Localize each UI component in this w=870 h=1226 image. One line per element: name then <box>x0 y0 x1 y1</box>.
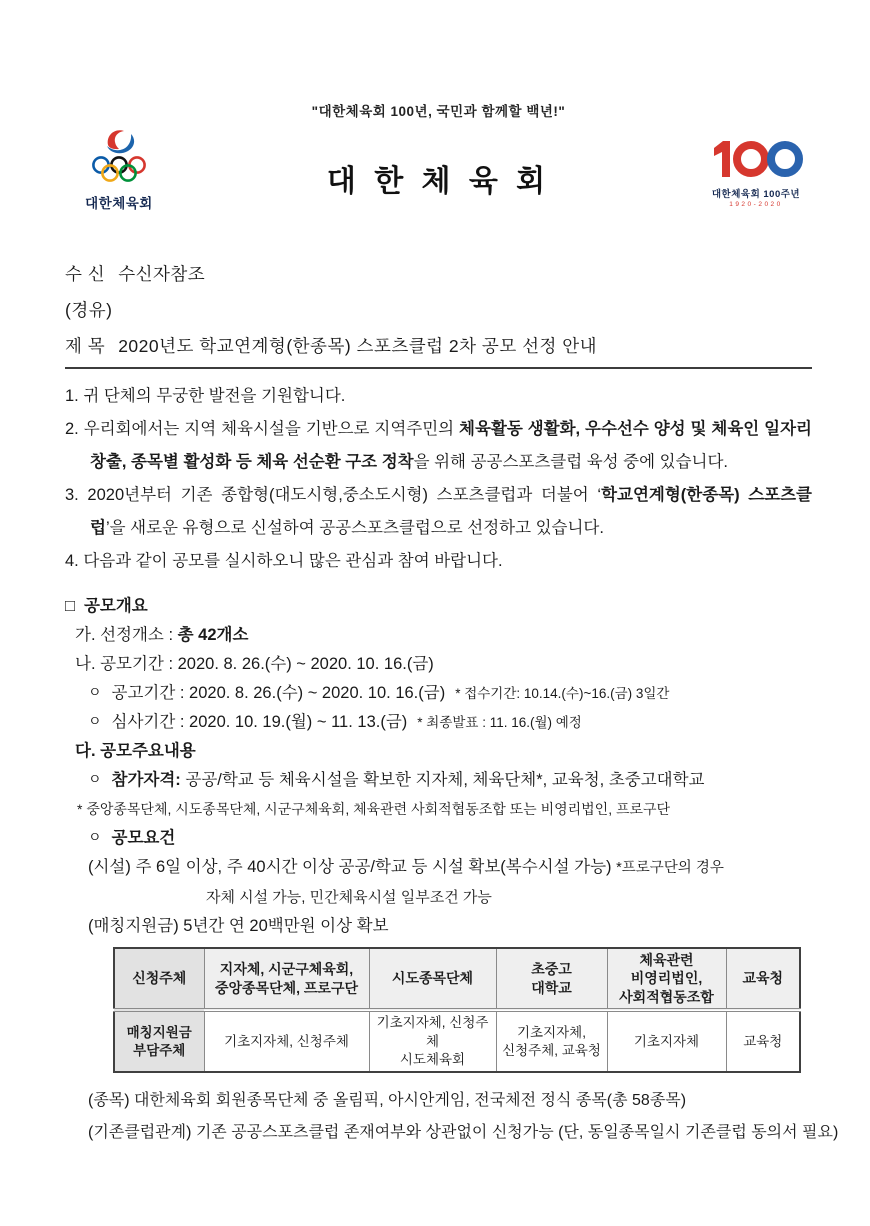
eligibility-label: 참가자격: <box>112 771 181 789</box>
item-selection-count: 가. 선정개소 : 총 42개소 <box>75 621 812 650</box>
subject-label: 제 목 <box>65 336 105 356</box>
circle-bullet-icon: ㅇ <box>88 771 102 787</box>
review-period-note: * 최종발표 : 11. 16.(월) 예정 <box>417 715 582 730</box>
table-cell: 기초지자체, 신청주체, 교육청 <box>496 1010 607 1072</box>
overview-section: □공모개요 가. 선정개소 : 총 42개소 나. 공모기간 : 2020. 8… <box>65 592 812 941</box>
recipient-value: 수신자참조 <box>118 264 205 284</box>
recipient-label: 수 신 <box>65 264 105 284</box>
table-header-cell: 교육청 <box>726 948 800 1010</box>
table-data-row: 매칭지원금 부담주체 기초지자체, 신청주체 기초지자체, 신청주체 시도체육회… <box>114 1010 800 1072</box>
table-header-cell: 지자체, 시군구체육회, 중앙종목단체, 프로구단 <box>204 948 369 1010</box>
post-table-notes: (종목) 대한체육회 회원종목단체 중 올림픽, 아시안게임, 전국체전 정식 … <box>65 1085 812 1149</box>
subject-line: 제 목2020년도 학교연계형(한종목) 스포츠클럽 2차 공모 선정 안내 <box>65 328 812 364</box>
table-header-cell: 체육관련 비영리법인, 사회적협동조합 <box>607 948 726 1010</box>
overview-heading-text: 공모개요 <box>84 597 148 615</box>
100-number-icon <box>706 138 806 180</box>
requirement-existing-club: (기존클럽관계) 기존 공공스포츠클럽 존재여부와 상관없이 신청가능 (단, … <box>88 1117 861 1149</box>
item-review-period: ㅇ심사기간 : 2020. 10. 19.(월) ~ 11. 13.(금)* 최… <box>88 708 812 737</box>
table-cell: 교육청 <box>726 1010 800 1072</box>
item-application-period: 나. 공모기간 : 2020. 8. 26.(수) ~ 2020. 10. 16… <box>75 650 812 679</box>
review-period-text: 심사기간 : 2020. 10. 19.(월) ~ 11. 13.(금) <box>112 713 408 731</box>
notice-period-note: * 접수기간: 10.14.(수)~16.(금) 3일간 <box>455 686 669 701</box>
requirement-sport: (종목) 대한체육회 회원종목단체 중 올림픽, 아시안게임, 전국체전 정식 … <box>88 1085 812 1117</box>
requirement-facility: (시설) 주 6일 이상, 주 40시간 이상 공공/학교 등 시설 확보(복수… <box>88 853 812 883</box>
notice-period-text: 공고기간 : 2020. 8. 26.(수) ~ 2020. 10. 16.(금… <box>112 684 446 702</box>
anniversary-caption: 대한체육회 100주년 <box>700 186 812 200</box>
item-requirements-heading: ㅇ공모요건 <box>88 824 812 853</box>
table-header-applicant: 신청주체 <box>114 948 204 1010</box>
selection-count-label: 가. 선정개소 : <box>75 626 178 644</box>
100th-anniversary-logo: 대한체육회 100주년 1920-2020 <box>700 138 812 208</box>
table-header-row: 신청주체 지자체, 시군구체육회, 중앙종목단체, 프로구단 시도종목단체 초중… <box>114 948 800 1010</box>
subject-value: 2020년도 학교연계형(한종목) 스포츠클럽 2차 공모 선정 안내 <box>118 336 597 356</box>
paragraph-1: 1. 귀 단체의 무궁한 발전을 기원합니다. <box>65 380 812 413</box>
table-header-cell: 초중고 대학교 <box>496 948 607 1010</box>
eligibility-text: 공공/학교 등 체육시설을 확보한 지자체, 체육단체*, 교육청, 초중고대학… <box>181 771 705 789</box>
paragraph-2-text-end: 을 위해 공공스포츠클럽 육성 중에 있습니다. <box>414 453 728 471</box>
paragraph-2-text: 2. 우리회에서는 지역 체육시설을 기반으로 지역주민의 <box>65 420 459 438</box>
anniversary-years: 1920-2020 <box>700 201 812 208</box>
table-row-label: 매칭지원금 부담주체 <box>114 1010 204 1072</box>
letterhead: 대한체육회 대 한 체 육 회 대한체육회 100주년 1920-2020 <box>65 130 812 236</box>
paragraph-3-text-end: ’을 새로운 유형으로 신설하여 공공스포츠클럽으로 선정하고 있습니다. <box>106 519 604 537</box>
document-page: "대한체육회 100년, 국민과 함께할 백년!" 대한체육회 대 한 체 육 … <box>0 0 870 1226</box>
overview-heading: □공모개요 <box>65 592 812 621</box>
table-cell: 기초지자체, 신청주체 <box>204 1010 369 1072</box>
square-bullet-icon: □ <box>65 597 75 615</box>
paragraph-3: 3. 2020년부터 기존 종합형(대도시형,중소도시형) 스포츠클럽과 더불어… <box>65 479 812 545</box>
subject-divider <box>65 367 812 369</box>
table-cell: 기초지자체 <box>607 1010 726 1072</box>
letter-meta: 수 신수신자참조 (경유) 제 목2020년도 학교연계형(한종목) 스포츠클럽… <box>65 256 812 369</box>
item-main-contents-heading: 다. 공모주요내용 <box>75 737 812 766</box>
via-line: (경유) <box>65 292 812 328</box>
requirements-heading-text: 공모요건 <box>112 829 176 847</box>
selection-count-value: 총 42개소 <box>178 626 249 644</box>
matching-fund-table: 신청주체 지자체, 시군구체육회, 중앙종목단체, 프로구단 시도종목단체 초중… <box>113 947 801 1073</box>
facility-text: (시설) 주 6일 이상, 주 40시간 이상 공공/학교 등 시설 확보(복수… <box>88 858 616 876</box>
paragraph-3-text: 3. 2020년부터 기존 종합형(대도시형,중소도시형) 스포츠클럽과 더불어… <box>65 486 601 504</box>
item-eligibility: ㅇ참가자격: 공공/학교 등 체육시설을 확보한 지자체, 체육단체*, 교육청… <box>88 766 812 795</box>
item-notice-period: ㅇ공고기간 : 2020. 8. 26.(수) ~ 2020. 10. 16.(… <box>88 679 812 708</box>
letter-body: 1. 귀 단체의 무궁한 발전을 기원합니다. 2. 우리회에서는 지역 체육시… <box>65 380 812 578</box>
paragraph-4: 4. 다음과 같이 공모를 실시하오니 많은 관심과 참여 바랍니다. <box>65 545 812 578</box>
recipient-line: 수 신수신자참조 <box>65 256 812 292</box>
table-header-cell: 시도종목단체 <box>369 948 496 1010</box>
requirement-facility-continued: 자체 시설 가능, 민간체육시설 일부조건 가능 <box>206 883 812 912</box>
circle-bullet-icon: ㅇ <box>88 713 102 729</box>
circle-bullet-icon: ㅇ <box>88 829 102 845</box>
table-cell: 기초지자체, 신청주체 시도체육회 <box>369 1010 496 1072</box>
header-slogan: "대한체육회 100년, 국민과 함께할 백년!" <box>65 100 812 120</box>
paragraph-2: 2. 우리회에서는 지역 체육시설을 기반으로 지역주민의 체육활동 생활화, … <box>65 413 812 479</box>
requirement-matching-fund: (매칭지원금) 5년간 연 20백만원 이상 확보 <box>88 912 812 941</box>
facility-note: *프로구단의 경우 <box>616 860 724 876</box>
circle-bullet-icon: ㅇ <box>88 684 102 700</box>
eligibility-footnote: * 중앙종목단체, 시도종목단체, 시군구체육회, 체육관련 사회적협동조합 또… <box>77 795 812 824</box>
